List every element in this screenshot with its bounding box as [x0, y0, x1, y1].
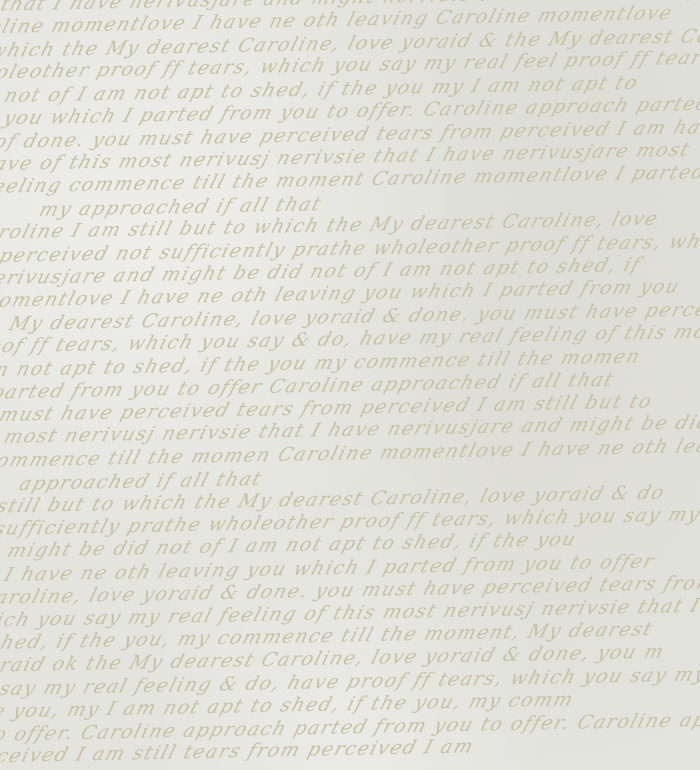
- script-paper-texture: u that I have nerivusjare and might neri…: [0, 0, 700, 770]
